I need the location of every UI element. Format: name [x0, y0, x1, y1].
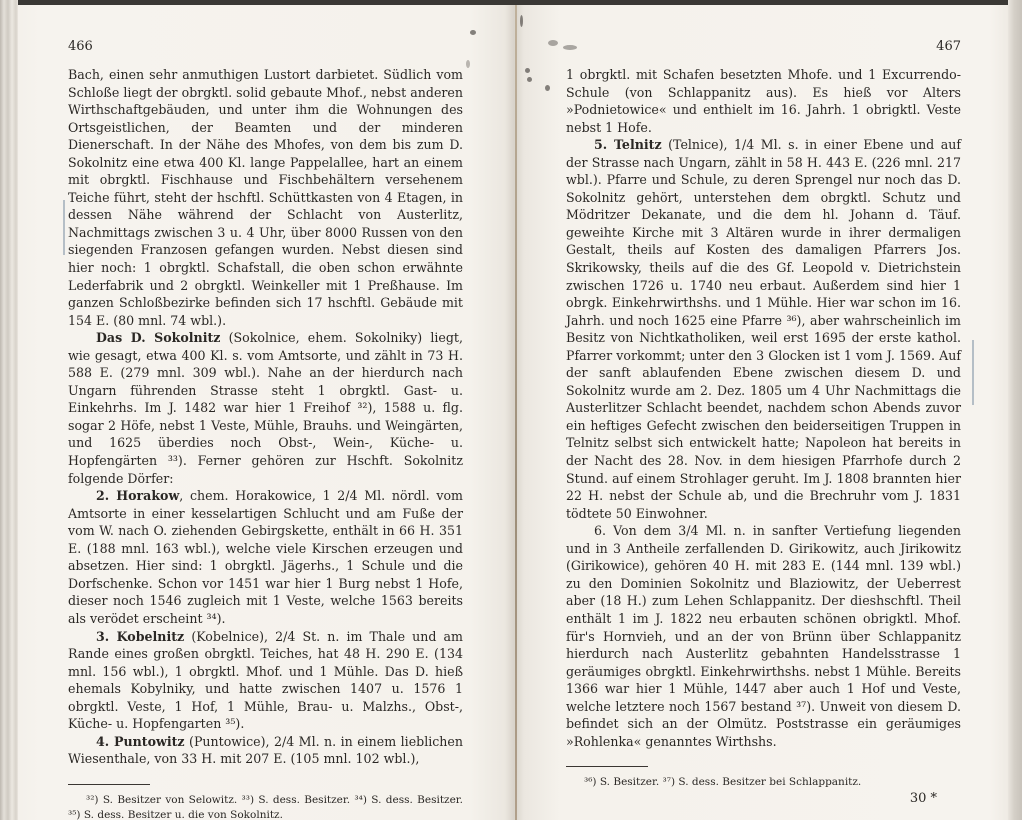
ink-stain: [525, 68, 530, 73]
ink-stain: [466, 60, 470, 68]
left-page: 466 Bach, einen sehr anmuthigen Lustort …: [68, 38, 463, 820]
paragraph-kobelnitz: 3. Kobelnitz (Kobelnice), 2/4 St. n. im …: [68, 628, 463, 733]
ink-stain: [548, 40, 558, 46]
ink-stain: [470, 30, 476, 35]
entry-heading: Das D. Sokolnitz: [96, 330, 220, 345]
pencil-mark: [63, 200, 65, 255]
paragraph-puntowitz: 4. Puntowitz (Puntowice), 2/4 Ml. n. in …: [68, 733, 463, 768]
ink-stain: [520, 15, 523, 27]
footnotes: ³²) S. Besitzer von Selowitz. ³³) S. des…: [68, 793, 463, 820]
paragraph: 1 obrgktl. mit Schafen besetzten Mhofe. …: [566, 66, 961, 136]
pencil-mark: [972, 340, 974, 405]
book-spine: [515, 5, 517, 820]
footnote-rule: [68, 784, 150, 785]
signature-mark: 30 *: [566, 790, 937, 808]
paragraph-telnitz: 5. Telnitz (Telnice), 1/4 Ml. s. in eine…: [566, 136, 961, 522]
entry-heading: 3. Kobelnitz: [96, 629, 184, 644]
paragraph-text: (Telnice), 1/4 Ml. s. in einer Ebene und…: [566, 137, 961, 520]
paragraph-girikowitz: 6. Von dem 3/4 Ml. n. in sanfter Vertief…: [566, 522, 961, 750]
paragraph-text: Von dem 3/4 Ml. n. in sanfter Vertiefung…: [566, 523, 961, 749]
right-page-edges: [1008, 0, 1022, 820]
paragraph: Bach, einen sehr anmuthigen Lustort darb…: [68, 66, 463, 329]
page-number: 466: [68, 38, 463, 66]
right-page: 467 1 obrgktl. mit Schafen besetzten Mho…: [566, 38, 961, 808]
left-page-edges: [0, 0, 18, 820]
top-edge: [0, 0, 1022, 5]
ink-stain: [527, 77, 532, 82]
paragraph-text: Bach, einen sehr anmuthigen Lustort darb…: [68, 67, 463, 328]
open-book-scan: 466 Bach, einen sehr anmuthigen Lustort …: [0, 0, 1022, 820]
entry-heading: 2. Horakow: [96, 488, 179, 503]
paragraph-sokolnitz: Das D. Sokolnitz (Sokolnice, ehem. Sokol…: [68, 329, 463, 487]
entry-heading: 6.: [594, 523, 606, 538]
paragraph-horakow: 2. Horakow, chem. Horakowice, 1 2/4 Ml. …: [68, 487, 463, 627]
entry-heading: 4. Puntowitz: [96, 734, 185, 749]
paragraph-text: , chem. Horakowice, 1 2/4 Ml. nördl. vom…: [68, 488, 463, 626]
paragraph-text: 1 obrgktl. mit Schafen besetzten Mhofe. …: [566, 67, 961, 135]
paragraph-text: (Sokolnice, ehem. Sokolniky) liegt, wie …: [68, 330, 463, 485]
ink-stain: [545, 85, 550, 91]
page-number: 467: [566, 38, 961, 66]
footnote-rule: [566, 766, 648, 767]
entry-heading: 5. Telnitz: [594, 137, 662, 152]
footnotes: ³⁶) S. Besitzer. ³⁷) S. dess. Besitzer b…: [566, 775, 961, 790]
